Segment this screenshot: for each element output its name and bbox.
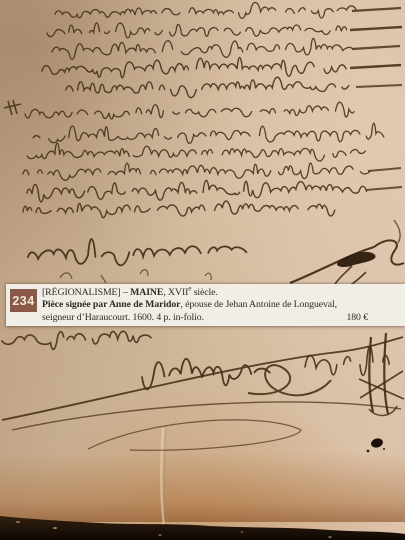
flourish-stroke (374, 240, 404, 264)
filler-dash (368, 168, 401, 171)
filler-dash (352, 8, 401, 11)
catalog-line-3: seigneur d’Haraucourt. 1600. 4 p. in-fol… (42, 312, 405, 324)
filler-dash (352, 46, 400, 49)
ink-blot-main (370, 437, 384, 449)
paraph-loop (248, 365, 331, 395)
signature-anne-de-maridor (28, 239, 246, 265)
stroke-fragment (205, 273, 211, 280)
ink-speck (383, 448, 385, 450)
piece-title: Pièce signée par Anne de Maridor (42, 299, 180, 310)
century-text: , XVII (163, 287, 188, 298)
filler-dash (366, 187, 402, 190)
filler-dash (350, 27, 402, 30)
table-speck (158, 534, 161, 536)
stroke-fragment (60, 273, 72, 279)
table-speck (16, 521, 20, 523)
siecle-text: siècle. (191, 287, 217, 298)
marginal-mark (4, 100, 21, 115)
table-speck (53, 527, 57, 529)
signature-flourish-right (290, 220, 404, 290)
signature-lower-left (2, 331, 151, 349)
handwriting-line (55, 2, 364, 18)
handwriting-line (52, 38, 352, 59)
paper-crease (161, 428, 167, 527)
price: 180 € (346, 312, 368, 324)
lot-number-badge: 234 (10, 289, 37, 312)
ink-blob (337, 252, 375, 267)
catalog-label: 234 [RÉGIONALISME] – MAINE, XVIIe siècle… (6, 284, 405, 326)
table-speck (328, 536, 332, 538)
handwriting-line (42, 57, 346, 77)
signature-stroke (384, 333, 388, 414)
handwriting-line (66, 77, 349, 97)
handwriting-lines (2, 2, 389, 389)
flourish-oval (88, 420, 301, 450)
table-surface (0, 516, 405, 540)
filler-dash (350, 65, 401, 68)
table-dark-band (0, 516, 405, 540)
manuscript-photo: 234 [RÉGIONALISME] – MAINE, XVIIe siècle… (0, 0, 405, 540)
flourish-stroke (394, 220, 400, 243)
crease-highlight (161, 428, 164, 527)
cut-line-fragments (60, 270, 211, 283)
signature-right-column (359, 333, 404, 415)
signature-stroke (359, 379, 404, 399)
stroke-fragment (101, 275, 106, 283)
handwriting-line (25, 102, 360, 119)
piece-details: seigneur d’Haraucourt. 1600. 4 p. in-fol… (42, 312, 204, 324)
catalog-line-2: Pièce signée par Anne de Maridor, épouse… (42, 299, 405, 311)
handwriting-line (33, 123, 384, 143)
handwriting-line (27, 143, 365, 161)
catalog-line-1: [RÉGIONALISME] – MAINE, XVIIe siècle. (42, 287, 405, 299)
table-speck (241, 531, 244, 533)
ink-speck (367, 450, 370, 453)
lower-flourishes (2, 337, 403, 450)
catalog-description: [RÉGIONALISME] – MAINE, XVIIe siècle. Pi… (42, 287, 405, 324)
flourish-sweep (2, 337, 403, 420)
stroke-fragment (140, 270, 148, 276)
line-filler-dashes (350, 8, 402, 190)
handwriting-line (23, 163, 374, 180)
crease-shadow (164, 430, 167, 527)
handwriting-line (27, 180, 367, 202)
ink-blot (367, 437, 385, 452)
handwriting-line (23, 201, 339, 218)
piece-subtitle: , épouse de Jehan Antoine de Longueval, (180, 299, 337, 310)
handwriting-line (47, 23, 347, 38)
signature-stroke (360, 371, 403, 398)
filler-dash (356, 85, 402, 87)
regionalism-prefix: [RÉGIONALISME] – (42, 287, 130, 298)
region-name: MAINE (130, 287, 163, 298)
handwriting-ink-layer (0, 0, 405, 540)
